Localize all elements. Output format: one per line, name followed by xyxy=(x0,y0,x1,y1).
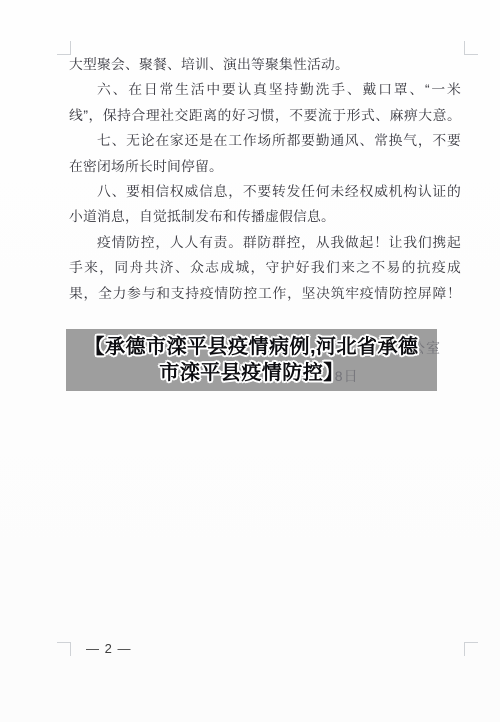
corner-crop-mark-top-right xyxy=(464,41,478,55)
corner-crop-mark-bottom-left xyxy=(57,642,71,656)
document-text-line: 在密闭场所长时间停留。 xyxy=(69,154,461,179)
corner-crop-mark-bottom-right xyxy=(464,642,478,656)
document-text-line: 线”，保持合理社交距离的好习惯，不要流于形式、麻痹大意。 xyxy=(69,103,461,128)
document-text-line: 小道消息，自觉抵制发布和传播虚假信息。 xyxy=(69,204,461,229)
redaction-overlay-box: 公室 18日 【承德市滦平县疫情病例,河北省承德 市滦平县疫情防控】 xyxy=(66,329,437,391)
document-text-line: 八、要相信权威信息，不要转发任何未经权威机构认证的 xyxy=(69,179,461,204)
document-text-line: 七、无论在家还是在工作场所都要勤通风、常换气，不要 xyxy=(69,128,461,153)
page-number: — 2 — xyxy=(86,641,131,656)
document-text-line: 六、在日常生活中要认真坚持勤洗手、戴口罩、“一米 xyxy=(69,77,461,102)
document-body-text: 大型聚会、聚餐、培训、演出等聚集性活动。六、在日常生活中要认真坚持勤洗手、戴口罩… xyxy=(69,52,461,306)
overlay-headline-line1: 【承德市滦平县疫情病例,河北省承德 xyxy=(58,334,445,360)
document-text-line: 手来，同舟共济、众志成城，守护好我们来之不易的抗疫成 xyxy=(69,255,461,280)
scanned-document-page: 大型聚会、聚餐、培训、演出等聚集性活动。六、在日常生活中要认真坚持勤洗手、戴口罩… xyxy=(0,0,500,722)
document-text-line: 果，全力参与和支持疫情防控工作，坚决筑牢疫情防控屏障！ xyxy=(69,281,461,306)
document-text-line: 大型聚会、聚餐、培训、演出等聚集性活动。 xyxy=(69,52,461,77)
overlay-headline: 【承德市滦平县疫情病例,河北省承德 市滦平县疫情防控】 xyxy=(58,334,445,386)
overlay-headline-line2: 市滦平县疫情防控】 xyxy=(58,360,445,386)
document-text-line: 疫情防控，人人有责。群防群控，从我做起！让我们携起 xyxy=(69,230,461,255)
